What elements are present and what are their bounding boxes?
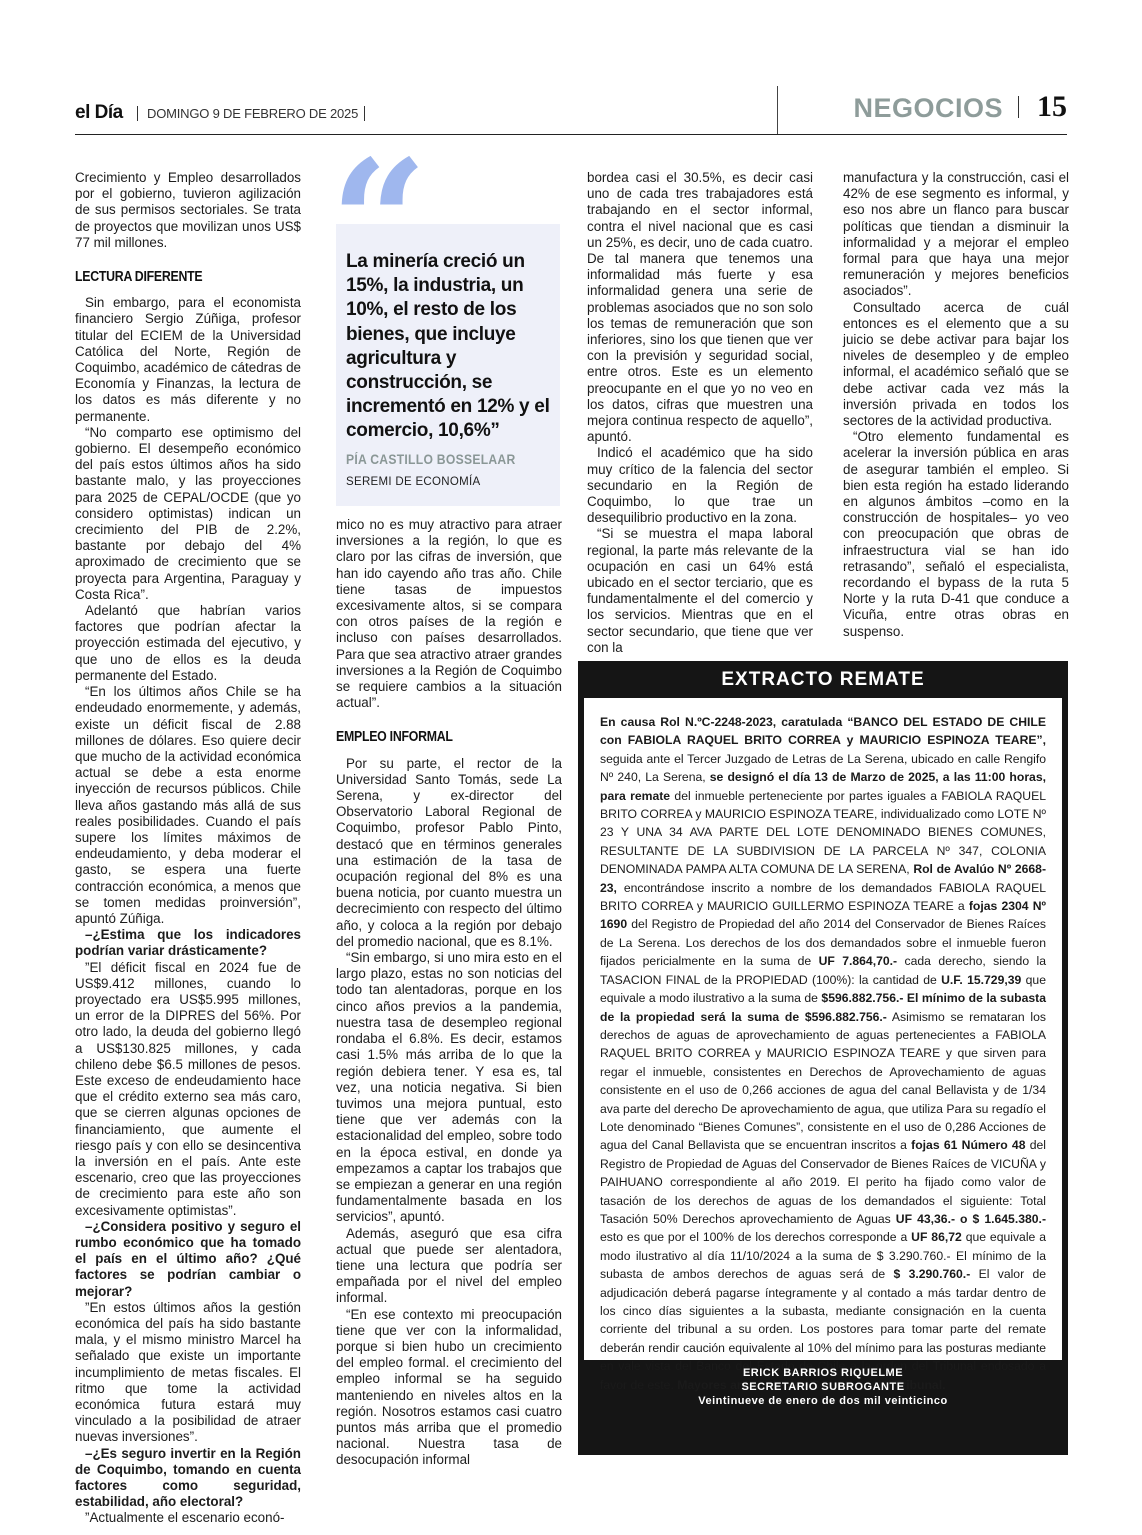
section-title: NEGOCIOS <box>853 93 1003 124</box>
article-column-3: bordea casi el 30.5%, es decir casi uno … <box>587 170 813 656</box>
paragraph: Consultado acerca de cuál entonces es el… <box>843 300 1069 430</box>
legal-notice-body-panel: En causa Rol N.ºC-2248-2023, caratulada … <box>584 698 1062 1360</box>
legal-notice-signature: ERICK BARRIOS RIQUELME SECRETARIO SUBROG… <box>578 1366 1068 1408</box>
paragraph: bordea casi el 30.5%, es decir casi uno … <box>587 170 813 445</box>
quote-author: PÍA CASTILLO BOSSELAAR <box>346 452 516 467</box>
issue-date: DOMINGO 9 DE FEBRERO DE 2025 <box>147 106 358 121</box>
paragraph: “Sin embargo, si uno mira esto en el lar… <box>336 950 562 1225</box>
pull-quote-text: La minería creció un 15%, la industria, … <box>346 250 556 444</box>
divider <box>1018 96 1019 118</box>
paragraph: mico no es muy atractivo para atraer inv… <box>336 517 562 711</box>
divider <box>364 106 365 121</box>
paragraph: “Otro elemento fundamental es acelerar l… <box>843 429 1069 640</box>
emphasis-text: U.F. 15.729,39 <box>941 973 1021 987</box>
emphasis-text: UF 43,36.- o $ 1.645.380.- <box>896 1212 1046 1226</box>
legal-notice-body: En causa Rol N.ºC-2248-2023, caratulada … <box>600 713 1046 1394</box>
paragraph: ”Actualmente el escenario econó- <box>75 1510 301 1526</box>
legal-notice-title: EXTRACTO REMATE <box>578 669 1068 691</box>
article-column-4: manufactura y la construcción, casi el 4… <box>843 170 1069 640</box>
paragraph: ”En estos últimos años la gestión económ… <box>75 1300 301 1446</box>
article-column-1: Crecimiento y Empleo desarrollados por e… <box>75 170 301 1527</box>
signature-date: Veintinueve de enero de dos mil veintici… <box>578 1394 1068 1408</box>
masthead: el Día DOMINGO 9 DE FEBRERO DE 2025 NEGO… <box>75 86 1067 135</box>
article-column-2: mico no es muy atractivo para atraer inv… <box>336 517 562 1469</box>
paragraph: “En ese contexto mi preocupación tiene q… <box>336 1307 562 1469</box>
paragraph: Crecimiento y Empleo desarrollados por e… <box>75 170 301 251</box>
brand-logo: el Día <box>75 102 123 124</box>
body-text: esto es que por el 100% de los derechos … <box>600 1230 911 1244</box>
paragraph: Además, aseguró que esa cifra actual que… <box>336 1226 562 1307</box>
page-number: 15 <box>1037 90 1067 124</box>
emphasis-text: fojas 61 Número 48 <box>911 1138 1025 1152</box>
emphasis-text: UF 86,72 <box>911 1230 962 1244</box>
paragraph: “No comparto ese optimismo del gobierno.… <box>75 425 301 603</box>
paragraph: Indicó el académico que ha sido muy crít… <box>587 445 813 526</box>
paragraph: Sin embargo, para el economista financie… <box>75 295 301 425</box>
paragraph: ”El déficit fiscal en 2024 fue de US$9.4… <box>75 960 301 1219</box>
emphasis-text: UF 7.864,70.- <box>819 954 898 968</box>
paragraph: manufactura y la construcción, casi el 4… <box>843 170 1069 300</box>
interview-question: –¿Considera positivo y seguro el rumbo e… <box>75 1219 301 1300</box>
paragraph: “En los últimos años Chile se ha endeuda… <box>75 684 301 927</box>
section-heading: EMPLEO INFORMAL <box>336 729 528 745</box>
emphasis-text: En causa Rol N.ºC-2248-2023, caratulada … <box>600 715 1046 747</box>
interview-question: –¿Es seguro invertir en la Región de Coq… <box>75 1446 301 1511</box>
section-heading: LECTURA DIFERENTE <box>75 269 267 285</box>
emphasis-text: $ 3.290.760.- <box>894 1267 971 1281</box>
quote-author-role: SEREMI DE ECONOMÍA <box>346 476 480 488</box>
paragraph: Adelantó que habrían varios factores que… <box>75 603 301 684</box>
interview-question: –¿Estima que los indicadores podrían var… <box>75 927 301 959</box>
legal-notice-box: EXTRACTO REMATE En causa Rol N.ºC-2248-2… <box>578 661 1068 1455</box>
signatory-name: ERICK BARRIOS RIQUELME <box>578 1366 1068 1380</box>
divider <box>777 86 778 134</box>
body-text: Asimismo se remataran los derechos de ag… <box>600 1010 1046 1153</box>
paragraph: “Si se muestra el mapa laboral regional,… <box>587 526 813 656</box>
divider <box>137 106 138 121</box>
signatory-title: SECRETARIO SUBROGANTE <box>578 1380 1068 1394</box>
paragraph: Por su parte, el rector de la Universida… <box>336 756 562 950</box>
